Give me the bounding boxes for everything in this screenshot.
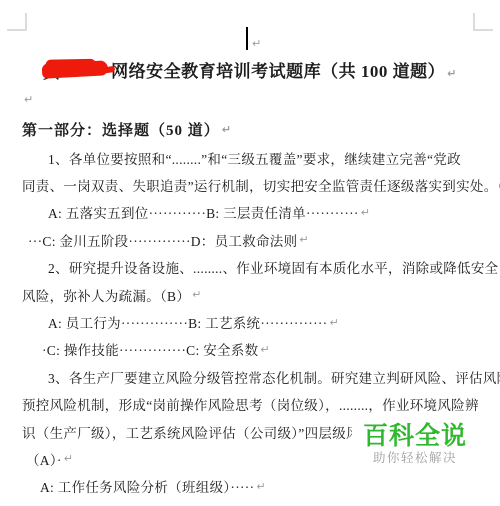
paragraph-mark: ↵ (299, 233, 309, 246)
document-title: 实 网络安全教育培训考试题库（共 100 道题）↵ (0, 57, 500, 82)
watermark: 百科全说 助你轻松解决 (352, 420, 478, 468)
text-line: ···C: 金川五阶段·············D：员工救命法则↵ (22, 226, 484, 253)
text-boundary-mark-top-right (473, 13, 493, 31)
text-line: 预控风险机制，形成“岗前操作风险思考（岗位级），........，作业环境风险辨 (22, 391, 484, 418)
text-line: 1、各单位要按照和“........”和“三级五覆盖”要求，继续建立完善“党政 (22, 144, 484, 171)
red-scribble-redaction (42, 60, 109, 78)
text-line: A: 工作任务风险分析（班组级）·····↵ (22, 473, 484, 500)
paragraph-mark: ↵ (192, 288, 202, 301)
watermark-title: 百科全说 (352, 422, 478, 450)
paragraph-mark: ↵ (361, 206, 371, 219)
text-line: 同责、一岗双责、失职追责”运行机制，切实把安全监管责任逐级落实到实处。（·A·）… (22, 171, 484, 198)
text-line: 2、研究提升设备设施、........、作业环境固有本质化水平，消除或降低安全 (22, 254, 484, 281)
watermark-subtitle: 助你轻松解决 (352, 450, 478, 466)
paragraph-mark: ↵ (447, 67, 457, 80)
redacted-company-name: 实 (43, 58, 111, 80)
document-page[interactable]: { "marks": { "pilcrow": "↵", "caret": "|… (0, 0, 500, 506)
text-line: ·C: 操作技能··············C: 安全系数↵ (22, 336, 484, 363)
paragraph-mark: ↵ (260, 343, 270, 356)
text-line: 3、各生产厂要建立风险分级管控常态化机制。研究建立判研风险、评估风险、 (22, 363, 484, 390)
title-text: 网络安全教育培训考试题库（共 100 道题） (111, 62, 445, 81)
paragraph-mark: ↵ (256, 480, 266, 493)
text-line: A: 五落实五到位············B: 三层责任清单··········… (22, 199, 484, 226)
section-heading: 第一部分：选择题（50 道）↵ (22, 114, 484, 144)
text-boundary-mark-top-left (7, 13, 27, 31)
paragraph-mark: ↵ (222, 123, 232, 136)
paragraph-mark: ↵ (24, 93, 33, 106)
paragraph-mark: ↵ (64, 452, 74, 465)
paragraph-mark: ↵ (252, 37, 261, 50)
paragraph-mark: ↵ (329, 316, 339, 329)
text-cursor[interactable] (246, 27, 248, 50)
text-line: A: 员工行为··············B: 工艺系统············… (22, 308, 484, 335)
text-line: 风险，弥补人为疏漏。（B）↵ (22, 281, 484, 308)
